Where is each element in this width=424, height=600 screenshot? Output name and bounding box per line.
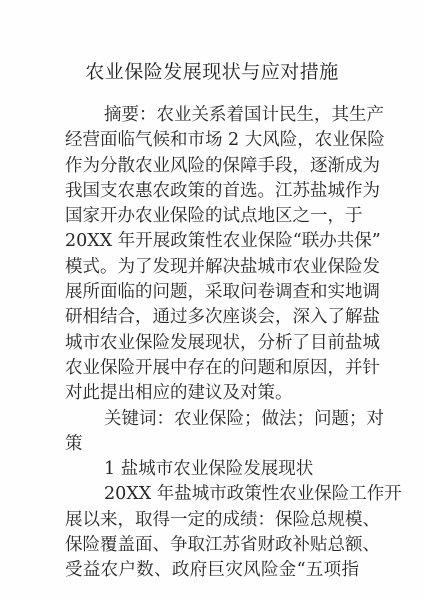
keywords-line: 策 xyxy=(65,432,359,457)
paragraph-line: 保险覆盖面、争取江苏省财政补贴总额、 xyxy=(65,533,359,558)
document-page: 农业保险发展现状与应对措施 摘要：农业关系着国计民生，其生产 经营面临气候和市场… xyxy=(0,0,424,600)
abstract-line: 展所面临的问题，采取问卷调查和实地调 xyxy=(65,280,359,305)
abstract-line: 研相结合，通过多次座谈会，深入了解盐 xyxy=(65,305,359,330)
abstract-line: 模式。为了发现并解决盐城市农业保险发 xyxy=(65,255,359,280)
document-body: 摘要：农业关系着国计民生，其生产 经营面临气候和市场 2 大风险，农业保险 作为… xyxy=(65,103,359,584)
keywords-line: 关键词：农业保险；做法；问题；对 xyxy=(65,407,359,432)
paragraph-line: 20XX 年盐城市政策性农业保险工作开 xyxy=(65,482,359,507)
document-title: 农业保险发展现状与应对措施 xyxy=(0,57,424,84)
section-heading: 1 盐城市农业保险发展现状 xyxy=(65,457,359,482)
abstract-line: 经营面临气候和市场 2 大风险，农业保险 xyxy=(65,128,359,153)
paragraph-line: 展以来，取得一定的成绩：保险总规模、 xyxy=(65,508,359,533)
abstract-line: 20XX 年开展政策性农业保险“联办共保” xyxy=(65,229,359,254)
abstract-line: 作为分散农业风险的保障手段，逐渐成为 xyxy=(65,154,359,179)
abstract-line: 城市农业保险发展现状，分析了目前盐城 xyxy=(65,331,359,356)
abstract-line: 我国支农惠农政策的首选。江苏盐城作为 xyxy=(65,179,359,204)
abstract-line: 摘要：农业关系着国计民生，其生产 xyxy=(65,103,359,128)
abstract-line: 国家开办农业保险的试点地区之一，于 xyxy=(65,204,359,229)
abstract-line: 农业保险开展中存在的问题和原因，并针 xyxy=(65,356,359,381)
abstract-line: 对此提出相应的建议及对策。 xyxy=(65,381,359,406)
paragraph-line: 受益农户数、政府巨灾风险金“五项指 xyxy=(65,558,359,583)
